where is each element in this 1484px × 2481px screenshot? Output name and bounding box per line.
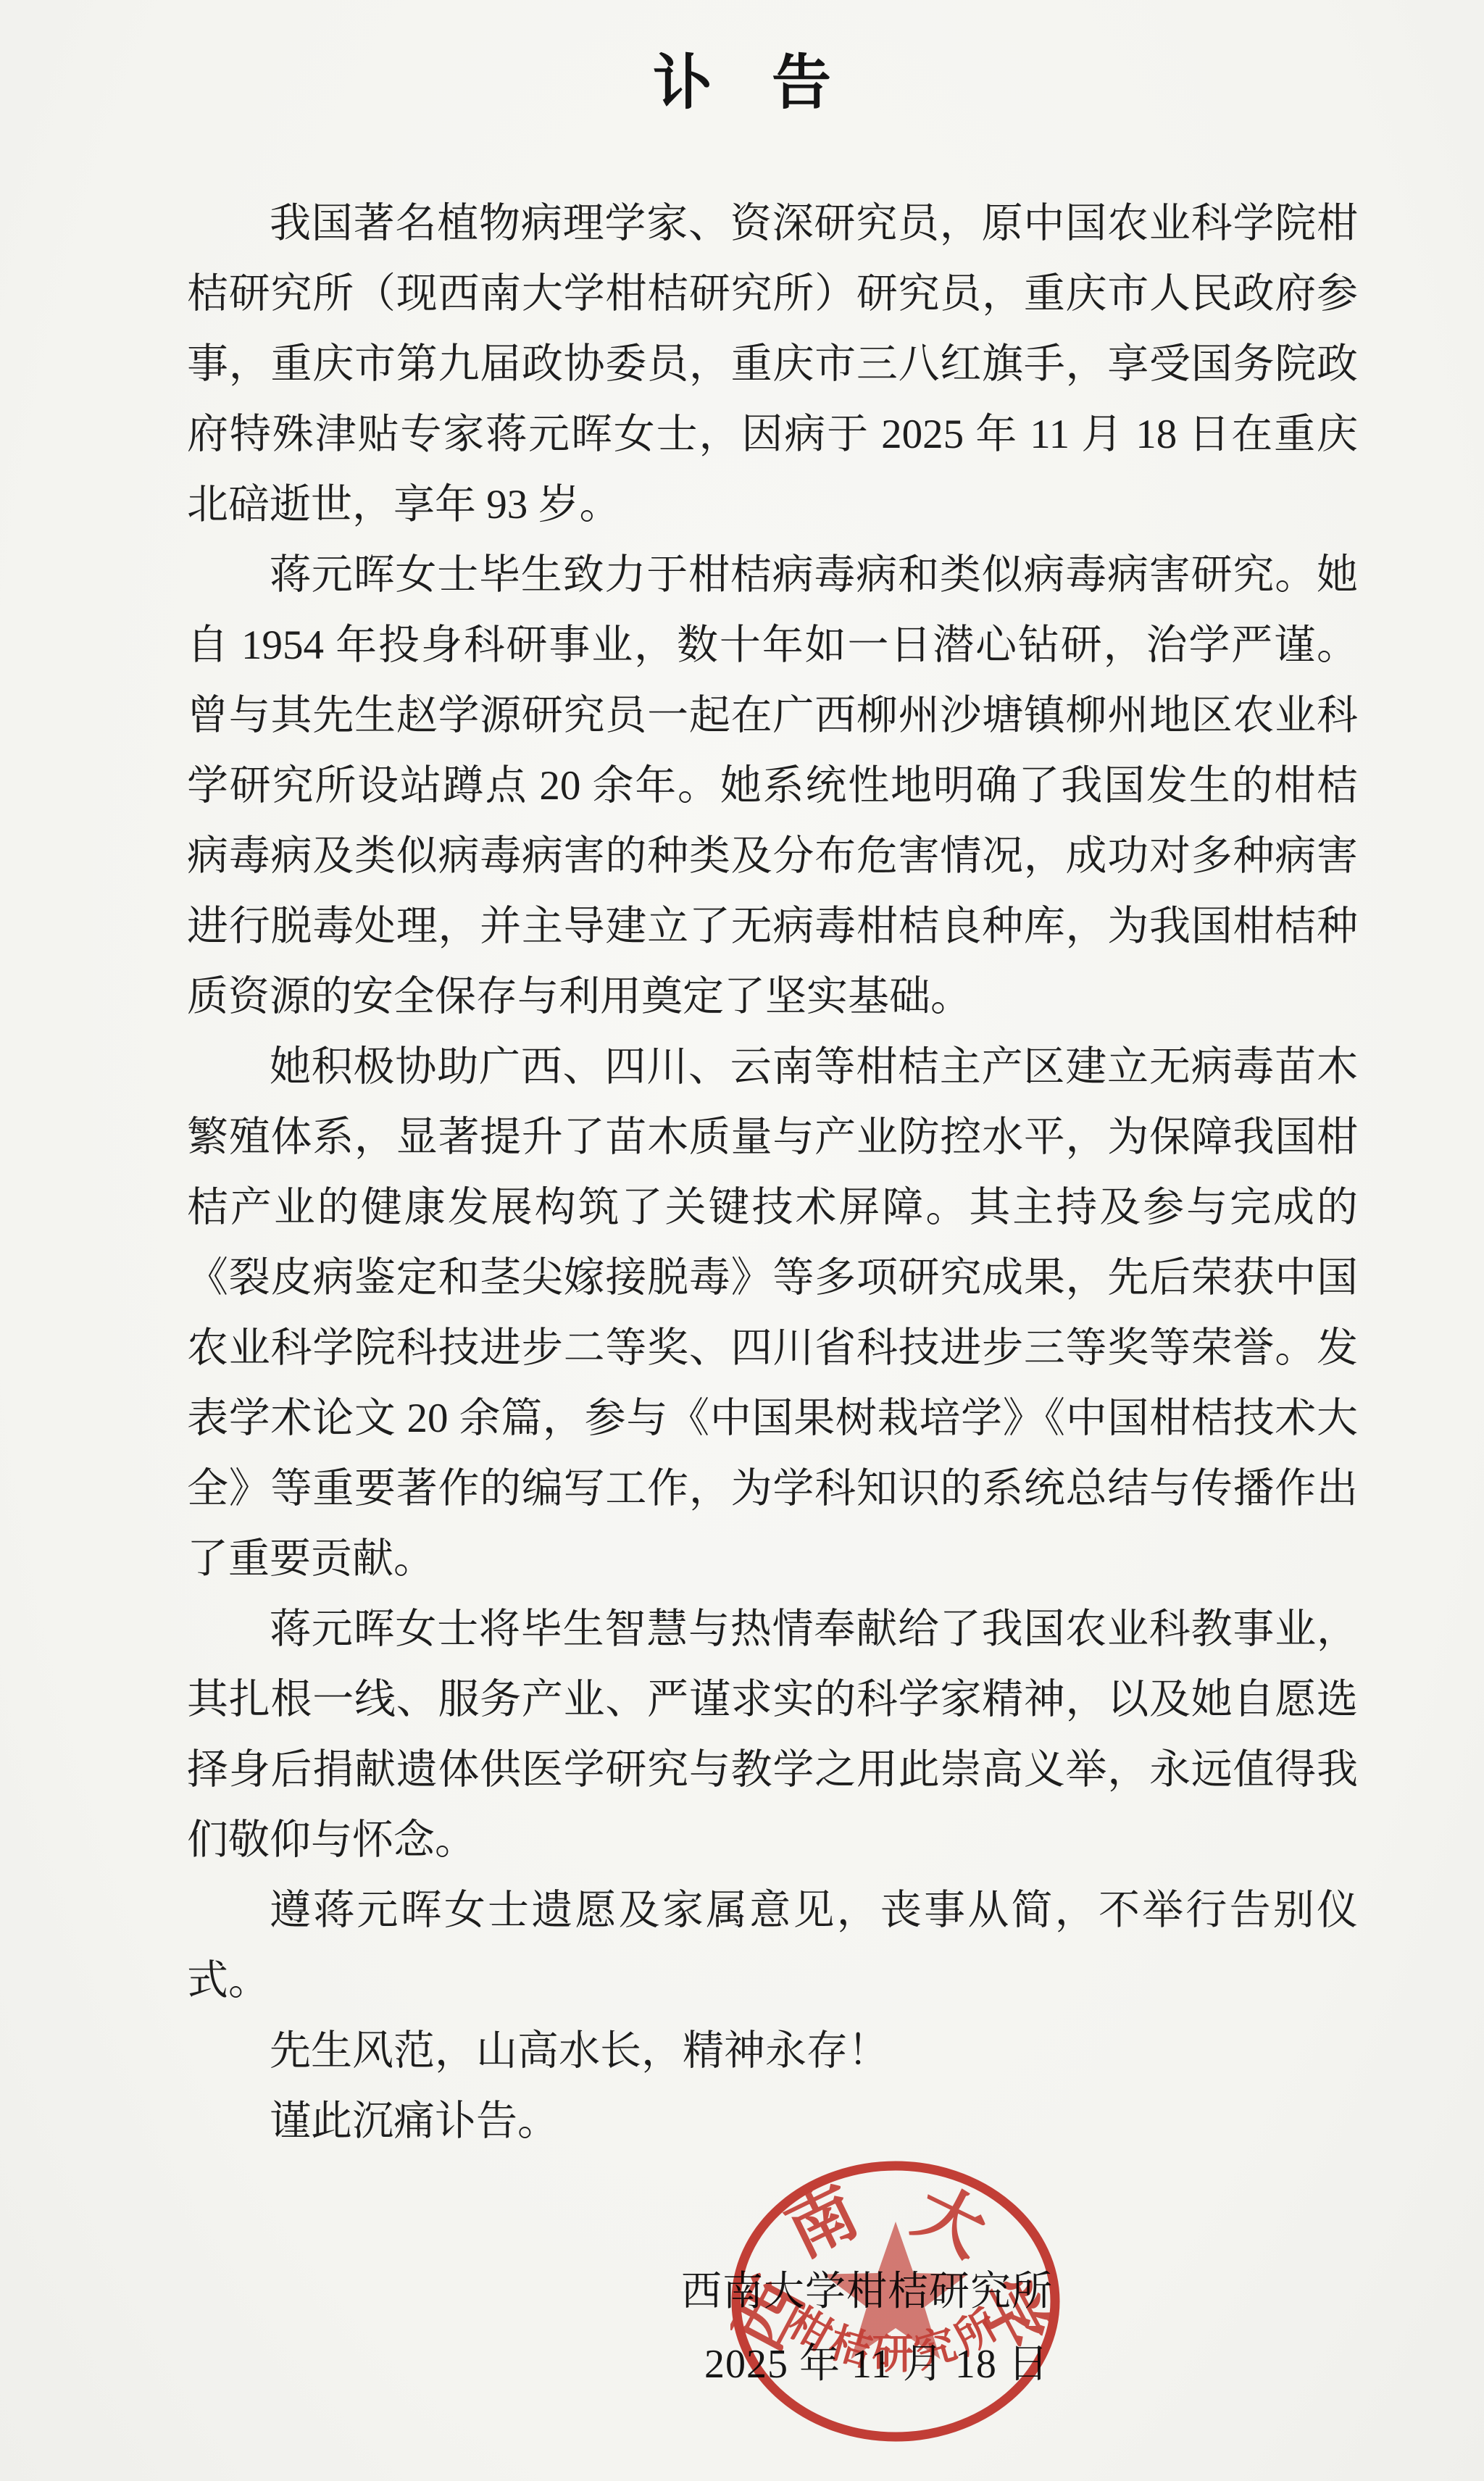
paragraph-eulogy-line: 先生风范，山高水长，精神永存！ [187,2016,1358,2086]
paragraph-achievements-awards: 她积极协助广西、四川、云南等柑桔主产区建立无病毒苗木繁殖体系，显著提升了苗木质量… [187,1032,1358,1594]
document-body: 我国著名植物病理学家、资深研究员，原中国农业科学院柑桔研究所（现西南大学柑桔研究… [0,188,1484,2156]
paragraph-closing: 谨此沉痛讣告。 [187,2086,1358,2156]
paragraph-intro-deceased: 我国著名植物病理学家、资深研究员，原中国农业科学院柑桔研究所（现西南大学柑桔研究… [187,188,1358,540]
obituary-document-page: 讣 告 我国著名植物病理学家、资深研究员，原中国农业科学院柑桔研究所（现西南大学… [0,0,1484,2481]
seal-arc-char-2: 南 [775,2174,870,2272]
official-seal: 西 南 大 学 柑桔研究所 [730,2160,1061,2443]
paragraph-spirit-tribute: 蒋元晖女士将毕生智慧与热情奉献给了我国农业科教事业，其扎根一线、服务产业、严谨求… [187,1594,1358,1875]
paragraph-funeral-arrangement: 遵蒋元晖女士遗愿及家属意见，丧事从简，不举行告别仪式。 [187,1875,1358,2016]
document-title: 讣 告 [0,48,1484,119]
paragraph-research-career: 蒋元晖女士毕生致力于柑桔病毒病和类似病毒病害研究。她自 1954 年投身科研事业… [187,540,1358,1032]
